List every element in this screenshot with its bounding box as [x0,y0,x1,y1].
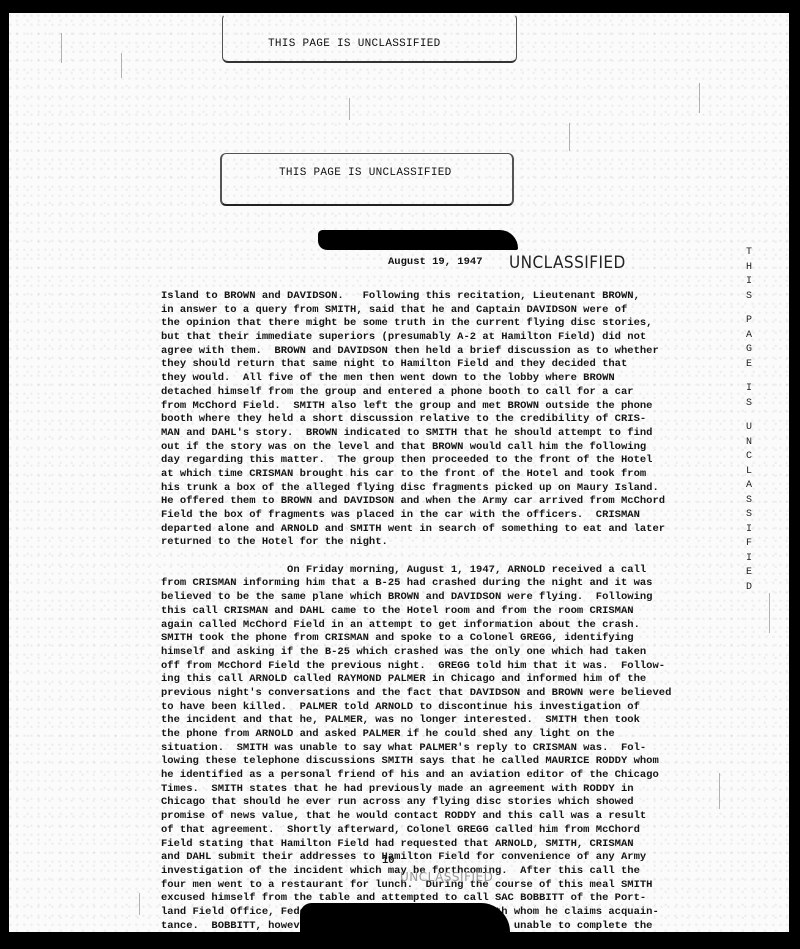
text-line: situation. SMITH was unable to say what … [161,742,741,756]
side-stamp-letter: C [746,450,752,465]
text-line: of that agreement. Shortly afterward, Co… [161,824,741,838]
scan-artifact [719,773,720,809]
bottom-redaction-mark [300,903,510,932]
side-stamp-letter: G [746,343,752,358]
text-line: Island to BROWN and DAVIDSON. Following … [161,290,741,304]
side-stamp-letter: U [746,421,752,436]
side-stamp-letter: S [746,397,752,412]
unclassified-stamp: UNCLASSIFIED [509,253,626,273]
side-stamp-letter: L [746,465,752,480]
text-line: promise of news value, that he would con… [161,810,741,824]
side-stamp-letter: S [746,508,752,523]
side-stamp-letter: N [746,436,752,451]
side-stamp-letter: E [746,566,752,581]
text-line: agree with them. BROWN and DAVIDSON then… [161,345,741,359]
scan-artifact [769,593,770,633]
side-stamp-letter: I [746,552,752,567]
text-line: lowing these telephone discussions SMITH… [161,755,741,769]
text-line: Field stating that Hamilton Field had re… [161,838,741,852]
side-stamp-letter: H [746,261,752,276]
side-stamp-letter: E [746,358,752,373]
top-unclassified-stamp: THIS PAGE IS UNCLASSIFIED [268,38,441,50]
text-line: they should return that same night to Ha… [161,358,741,372]
side-stamp-letter: S [746,290,752,305]
document-body: Island to BROWN and DAVIDSON. Following … [161,290,741,933]
text-line: his trunk a box of the alleged flying di… [161,482,741,496]
scan-artifact [569,123,570,151]
text-line: detached himself from the group and ente… [161,386,741,400]
text-line: Chicago that should he ever run across a… [161,796,741,810]
text-line: this call CRISMAN and DAHL came to the H… [161,605,741,619]
scan-artifact [349,98,350,120]
text-line: previous night's conversations and the f… [161,687,741,701]
text-line: On Friday morning, August 1, 1947, ARNOL… [161,564,741,578]
side-stamp-letter: A [746,329,752,344]
text-line: believed to be the same plane which BROW… [161,591,741,605]
text-line: the phone from ARNOLD and asked PALMER i… [161,728,741,742]
redaction-mark [318,230,518,250]
text-line: Times. SMITH states that he had previous… [161,783,741,797]
text-line: He offered them to BROWN and DAVIDSON an… [161,495,741,509]
document-page: THIS PAGE IS UNCLASSIFIED THIS PAGE IS U… [9,13,789,932]
text-line: returned to the Hotel for the night. [161,536,741,550]
text-line: the incident and that he, PALMER, was no… [161,714,741,728]
text-line: ing this call ARNOLD called RAYMOND PALM… [161,673,741,687]
text-line: from McChord Field. SMITH also left the … [161,400,741,414]
scan-artifact [699,83,700,113]
text-line: but that their immediate superiors (pres… [161,331,741,345]
text-line: the opinion that there might be some tru… [161,317,741,331]
text-line: at which time CRISMAN brought his car to… [161,468,741,482]
document-date: August 19, 1947 [388,256,483,268]
side-stamp-letter: S [746,494,752,509]
text-line: he identified as a personal friend of hi… [161,769,741,783]
side-stamp-letter: D [746,581,752,596]
text-line: SMITH took the phone from CRISMAN and sp… [161,632,741,646]
side-stamp-letter: I [746,382,752,397]
second-stamp-frame [220,153,514,206]
text-line: again called McChord Field in an attempt… [161,619,741,633]
side-stamp-letter: P [746,314,752,329]
scan-artifact [61,33,62,63]
text-line: off from McChord Field the previous nigh… [161,660,741,674]
side-stamp-letter: I [746,523,752,538]
second-unclassified-stamp: THIS PAGE IS UNCLASSIFIED [279,167,452,179]
side-unclassified-stamp: THISPAGEISUNCLASSIFIED [743,246,755,595]
side-stamp-letter: I [746,275,752,290]
paragraph-gap [161,550,741,564]
text-line: booth where they held a short discussion… [161,413,741,427]
scan-artifact [121,53,122,78]
scan-artifact [139,893,140,915]
text-line: to have been killed. PALMER told ARNOLD … [161,701,741,715]
text-line: in answer to a query from SMITH, said th… [161,304,741,318]
text-line: himself and asking if the B-25 which cra… [161,646,741,660]
text-line: out if the story was on the level and th… [161,441,741,455]
bottom-unclassified-stamp: UNCLASSIFIED [400,870,493,884]
side-stamp-letter: T [746,246,752,261]
text-line: departed alone and ARNOLD and SMITH went… [161,523,741,537]
paragraph: Island to BROWN and DAVIDSON. Following … [161,290,741,550]
page-number: 10 [382,855,395,867]
side-stamp-letter: A [746,479,752,494]
text-line: and DAHL submit their addresses to Hamil… [161,851,741,865]
text-line: day regarding this matter. The group the… [161,454,741,468]
text-line: Field the box of fragments was placed in… [161,509,741,523]
text-line: from CRISMAN informing him that a B-25 h… [161,577,741,591]
text-line: they would. All five of the men then wen… [161,372,741,386]
side-stamp-letter: F [746,537,752,552]
text-line: MAN and DAHL's story. BROWN indicated to… [161,427,741,441]
